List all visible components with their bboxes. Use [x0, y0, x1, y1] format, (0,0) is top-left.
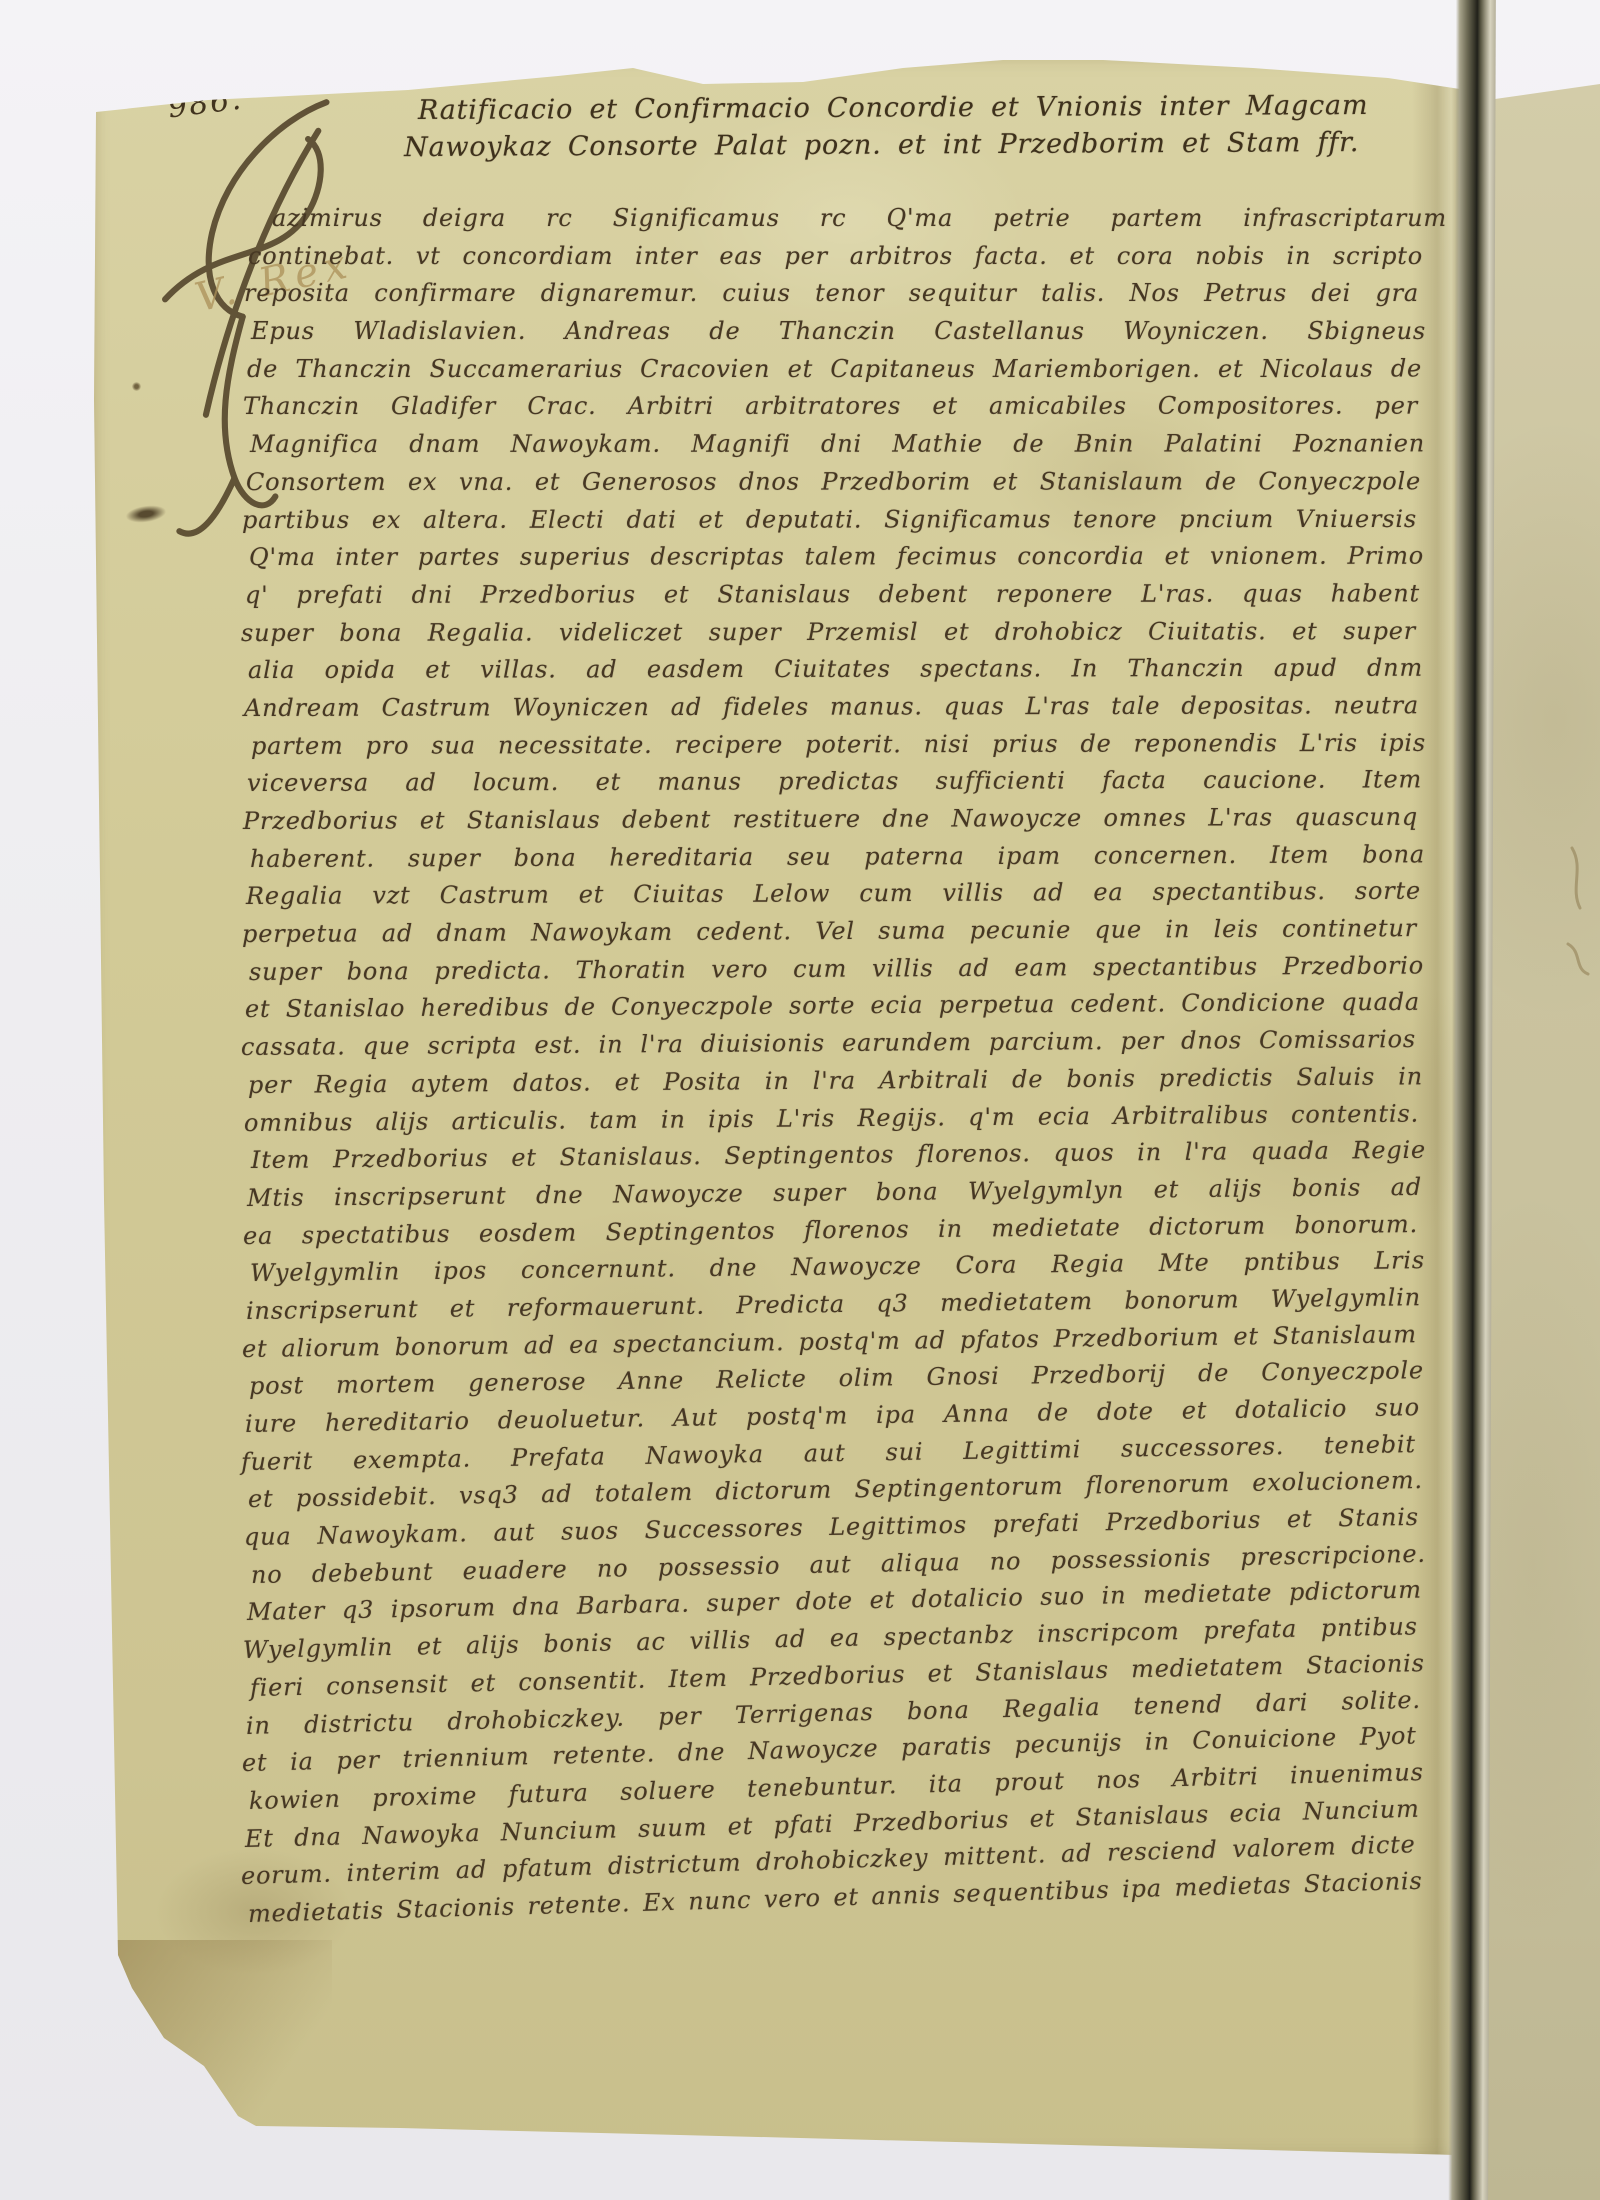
adjacent-page: [1488, 84, 1600, 2200]
text-line: reposita confirmare dignaremur. cuius te…: [244, 275, 1419, 313]
text-line: Przedborius et Stanislaus debent restitu…: [243, 799, 1418, 841]
text-line: super bona Regalia. videliczet super Prz…: [241, 613, 1416, 653]
book-gutter-strip: [1448, 0, 1496, 2200]
text-line: partem pro sua necessitate. recipere pot…: [251, 724, 1426, 765]
text-line: Q'ma inter partes superius descriptas ta…: [249, 538, 1424, 577]
text-line: Consortem ex vna. et Generosos dnos Prze…: [246, 463, 1421, 501]
text-line: azimirus deigra rc Significamus rc Q'ma …: [272, 200, 1447, 238]
text-line: Magnifica dnam Nawoykam. Magnifi dni Mat…: [250, 426, 1425, 464]
text-line: partibus ex altera. Electi dati et deput…: [242, 500, 1417, 539]
text-line: de Thanczin Succamerarius Cracovien et C…: [247, 350, 1422, 388]
text-line: perpetua ad dnam Nawoykam cedent. Vel su…: [242, 910, 1417, 954]
title-line-1: Ratificacio et Confirmacio Concordie et …: [418, 87, 1458, 129]
text-line: q' prefati dni Przedborius et Stanislaus…: [245, 575, 1420, 614]
text-line: continebat. vt concordiam inter eas per …: [248, 238, 1423, 276]
text-line: alia opida et villas. ad easdem Ciuitate…: [248, 650, 1423, 690]
text-line: haberent. super bona hereditaria seu pat…: [250, 836, 1425, 878]
text-line: Andream Castrum Woyniczen ad fideles man…: [244, 687, 1419, 727]
document-title: Ratificacio et Confirmacio Concordie et …: [418, 87, 1458, 166]
text-line: Regalia vzt Castrum et Ciuitas Lelow cum…: [246, 873, 1421, 916]
manuscript-page: 986. V. Rex Ratificacio et Confirmacio C…: [88, 50, 1468, 2165]
title-line-2: Nawoykaz Consorte Palat pozn. et int Prz…: [404, 124, 1458, 167]
corner-stain: [102, 1940, 332, 2160]
scan-background: 986. V. Rex Ratificacio et Confirmacio C…: [0, 0, 1600, 2200]
text-line: viceversa ad locum. et manus predictas s…: [247, 762, 1422, 803]
adjacent-page-ink-marks-icon: [1562, 840, 1600, 990]
body-text: azimirus deigra rc Significamus rc Q'ma …: [246, 200, 1424, 1934]
text-line: Thanczin Gladifer Crac. Arbitri arbitrat…: [243, 388, 1418, 426]
ink-fleck: [132, 382, 141, 391]
text-line: Epus Wladislavien. Andreas de Thanczin C…: [251, 313, 1426, 351]
